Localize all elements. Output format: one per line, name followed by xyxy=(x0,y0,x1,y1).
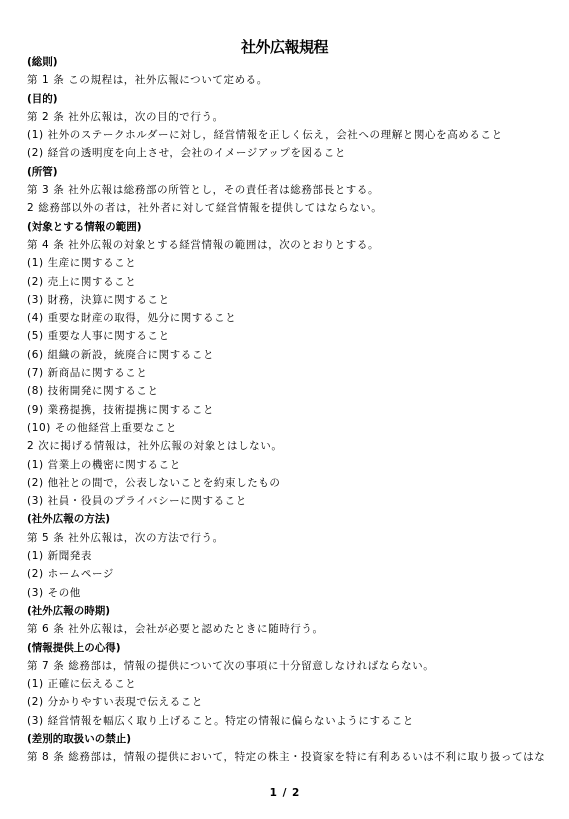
article-1: 第 1 条 この規程は，社外広報について定める。 xyxy=(27,71,547,89)
article-7-item-1: (1) 正確に伝えること xyxy=(27,675,547,693)
article-4-item-10: (10) その他経営上重要なこと xyxy=(27,419,547,437)
article-4-item-7: (7) 新商品に関すること xyxy=(27,364,547,382)
section-heading-guidelines: (情報提供上の心得) xyxy=(27,639,547,657)
article-2-item-1: (1) 社外のステークホルダーに対し，経営情報を正しく伝え，会社への理解と関心を… xyxy=(27,126,547,144)
article-4-p2-item-2: (2) 他社との間で，公表しないことを約束したもの xyxy=(27,474,547,492)
section-heading-timing: (社外広報の時期) xyxy=(27,602,547,620)
article-3: 第 3 条 社外広報は総務部の所管とし，その責任者は総務部長とする。 xyxy=(27,181,547,199)
article-5: 第 5 条 社外広報は，次の方法で行う。 xyxy=(27,529,547,547)
article-5-item-1: (1) 新聞発表 xyxy=(27,547,547,565)
page-number: 1 / 2 xyxy=(0,785,569,801)
article-4-p2-item-3: (3) 社員・役員のプライバシーに関すること xyxy=(27,492,547,510)
article-4-item-4: (4) 重要な財産の取得，処分に関すること xyxy=(27,309,547,327)
article-4-item-3: (3) 財務，決算に関すること xyxy=(27,291,547,309)
article-4-item-1: (1) 生産に関すること xyxy=(27,254,547,272)
article-5-item-2: (2) ホームページ xyxy=(27,565,547,583)
document-page: 社外広報規程 (総則) 第 1 条 この規程は，社外広報について定める。 (目的… xyxy=(0,0,569,819)
article-4-item-8: (8) 技術開発に関すること xyxy=(27,382,547,400)
article-6: 第 6 条 社外広報は，会社が必要と認めたときに随時行う。 xyxy=(27,620,547,638)
article-2-item-2: (2) 経営の透明度を向上させ，会社のイメージアップを図ること xyxy=(27,144,547,162)
article-4: 第 4 条 社外広報の対象とする経営情報の範囲は，次のとおりとする。 xyxy=(27,236,547,254)
article-4-item-6: (6) 組織の新設，統廃合に関すること xyxy=(27,346,547,364)
section-heading-jurisdiction: (所管) xyxy=(27,163,547,181)
article-4-item-9: (9) 業務提携，技術提携に関すること xyxy=(27,401,547,419)
document-body: (総則) 第 1 条 この規程は，社外広報について定める。 (目的) 第 2 条… xyxy=(27,53,547,767)
article-4-item-5: (5) 重要な人事に関すること xyxy=(27,327,547,345)
article-5-item-3: (3) その他 xyxy=(27,584,547,602)
article-7-item-3: (3) 経営情報を幅広く取り上げること。特定の情報に偏らないようにすること xyxy=(27,712,547,730)
article-7: 第 7 条 総務部は，情報の提供について次の事項に十分留意しなければならない。 xyxy=(27,657,547,675)
section-heading-purpose: (目的) xyxy=(27,90,547,108)
article-3-paragraph-2: 2 総務部以外の者は，社外者に対して経営情報を提供してはならない。 xyxy=(27,199,547,217)
article-2: 第 2 条 社外広報は，次の目的で行う。 xyxy=(27,108,547,126)
article-4-item-2: (2) 売上に関すること xyxy=(27,273,547,291)
section-heading-method: (社外広報の方法) xyxy=(27,510,547,528)
article-4-p2-item-1: (1) 営業上の機密に関すること xyxy=(27,456,547,474)
article-7-item-2: (2) 分かりやすい表現で伝えること xyxy=(27,693,547,711)
article-8: 第 8 条 総務部は，情報の提供において，特定の株主・投資家を特に有利あるいは不… xyxy=(27,748,547,766)
article-4-paragraph-2: 2 次に掲げる情報は，社外広報の対象とはしない。 xyxy=(27,437,547,455)
section-heading-no-discrimination: (差別的取扱いの禁止) xyxy=(27,730,547,748)
section-heading-scope: (対象とする情報の範囲) xyxy=(27,218,547,236)
section-heading-general: (総則) xyxy=(27,53,547,71)
